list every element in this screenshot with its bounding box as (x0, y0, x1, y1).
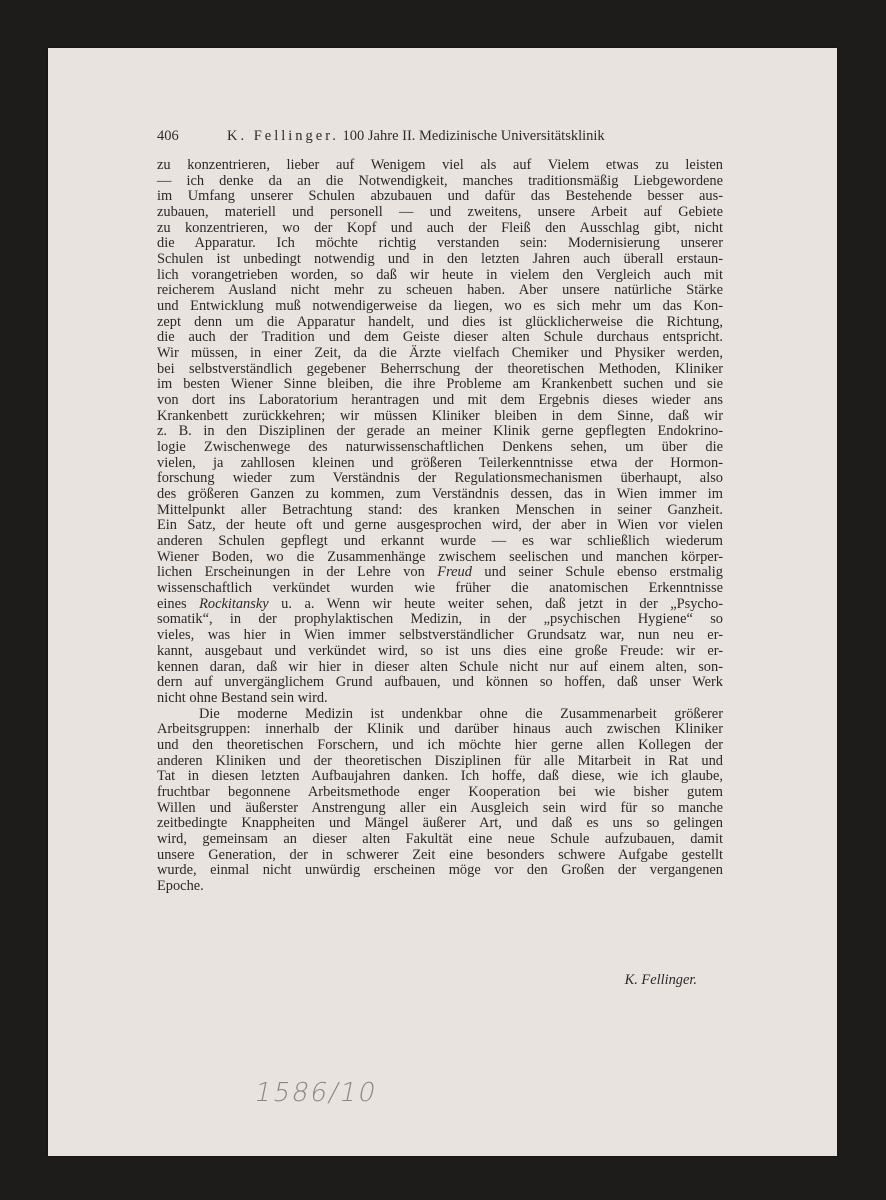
text-line: Mittelpunkt aller Betrachtung stand: des… (157, 503, 723, 519)
text-line: nicht ohne Bestand sein wird. (157, 691, 723, 707)
page-header: 406 K. Fellinger. 100 Jahre II. Medizini… (157, 128, 723, 148)
text-line: zept denn um die Apparatur handelt, und … (157, 315, 723, 331)
text-line: Schulen ist unbedingt notwendig und in d… (157, 252, 723, 268)
text-line: dern auf unvergänglichem Grund aufbauen,… (157, 675, 723, 691)
text-line: unsere Generation, der in schwerer Zeit … (157, 848, 723, 864)
italic-name: Freud (437, 564, 472, 580)
running-head: K. Fellinger. 100 Jahre II. Medizinische… (227, 128, 605, 145)
text-line: lichen Erscheinungen in der Lehre von Fr… (157, 565, 723, 581)
header-title: 100 Jahre II. Medizinische Universitätsk… (343, 128, 605, 144)
text-line: Krankenbett zurückkehren; wir müssen Kli… (157, 409, 723, 425)
text-line: kennen daran, daß wir hier in dieser alt… (157, 660, 723, 676)
text-line: Arbeitsgruppen: innerhalb der Klinik und… (157, 722, 723, 738)
text-line: zu konzentrieren, wo der Kopf und auch d… (157, 221, 723, 237)
text-line: im Umfang unserer Schulen abzubauen und … (157, 189, 723, 205)
text-line: Tat in diesen letzten Aufbaujahren danke… (157, 769, 723, 785)
document-page: 406 K. Fellinger. 100 Jahre II. Medizini… (48, 48, 837, 1156)
text-line: zeitbedingte Knappheiten und Mängel äuße… (157, 816, 723, 832)
text-line: zubauen, materiell und personell — und z… (157, 205, 723, 221)
text-line: Epoche. (157, 879, 723, 895)
text-line: Willen und äußerster Anstrengung aller e… (157, 801, 723, 817)
text-line: Ein Satz, der heute oft und gerne ausges… (157, 518, 723, 534)
text-line: wissenschaftlich verkündet wurden wie fr… (157, 581, 723, 597)
paragraph: zu konzentrieren, lieber auf Wenigem vie… (157, 158, 723, 707)
text-line: lich vorangetrieben worden, so daß wir h… (157, 268, 723, 284)
signature: K. Fellinger. (625, 972, 697, 989)
text-line: im besten Wiener Sinne bleiben, die ihre… (157, 377, 723, 393)
text-line: forschung wieder zum Verständnis der Reg… (157, 471, 723, 487)
text-line: von dort ins Laboratorium herantragen un… (157, 393, 723, 409)
header-author: K. Fellinger. (227, 128, 339, 144)
text-line: zu konzentrieren, lieber auf Wenigem vie… (157, 158, 723, 174)
text-line: die Apparatur. Ich möchte richtig versta… (157, 236, 723, 252)
text-line: die auch der Tradition und dem Geiste di… (157, 330, 723, 346)
body-text: zu konzentrieren, lieber auf Wenigem vie… (157, 158, 723, 895)
handwritten-archive-number: 1586/10 (252, 1078, 380, 1108)
text-line: logie Zwischenwege des naturwissenschaft… (157, 440, 723, 456)
text-line: wurde, einmal nicht unwürdig erscheinen … (157, 863, 723, 879)
text-line: bei selbstverständlich gegebener Beherrs… (157, 362, 723, 378)
text-line: und den theoretischen Forschern, und ich… (157, 738, 723, 754)
text-line: anderen Kliniken und der theoretischen D… (157, 754, 723, 770)
text-line: eines Rockitansky u. a. Wenn wir heute w… (157, 597, 723, 613)
text-line: kannt, ausgebaut und verkündet wird, so … (157, 644, 723, 660)
page-number: 406 (157, 128, 179, 145)
text-line: Die moderne Medizin ist undenkbar ohne d… (157, 707, 723, 723)
text-line: anderen Schulen gepflegt und erkannt wur… (157, 534, 723, 550)
text-line: fruchtbar begonnene Arbeitsmethode enger… (157, 785, 723, 801)
text-line: z. B. in den Disziplinen der gerade an m… (157, 424, 723, 440)
paragraph: Die moderne Medizin ist undenkbar ohne d… (157, 707, 723, 895)
text-line: wird, gemeinsam an dieser alten Fakultät… (157, 832, 723, 848)
text-line: vieles, was hier in Wien immer selbstver… (157, 628, 723, 644)
text-line: Wir müssen, in einer Zeit, da die Ärzte … (157, 346, 723, 362)
italic-name: Rockitansky (199, 596, 269, 612)
text-line: und Entwicklung muß notwendigerweise da … (157, 299, 723, 315)
text-line: somatik“, in der prophylaktischen Medizi… (157, 612, 723, 628)
text-line: reicherem Ausland nicht mehr zu scheuen … (157, 283, 723, 299)
text-line: vielen, ja zahllosen kleinen und größere… (157, 456, 723, 472)
text-line: des größeren Ganzen zu kommen, zum Verst… (157, 487, 723, 503)
text-line: Wiener Boden, wo die Zusammenhänge zwisc… (157, 550, 723, 566)
text-line: — ich denke da an die Notwendigkeit, man… (157, 174, 723, 190)
